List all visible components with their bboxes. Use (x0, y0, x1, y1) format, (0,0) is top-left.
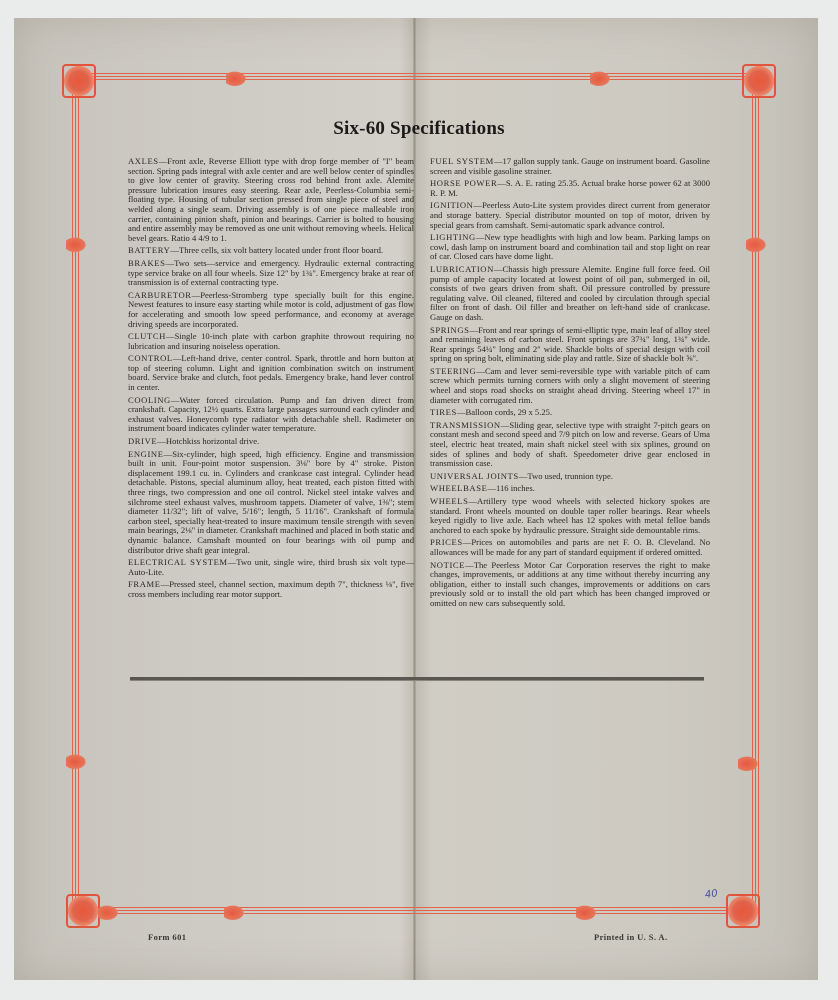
spec-entry-brakes: BRAKES—Two sets—service and emergency. H… (128, 259, 414, 288)
leaf-ornament-icon (224, 904, 246, 920)
corner-ornament-top-right-icon (742, 64, 776, 98)
leaf-ornament-icon (66, 753, 88, 769)
spec-entry-axles: AXLES—Front axle, Reverse Elliott type w… (128, 157, 414, 243)
page-title: Six-60 Specifications (0, 118, 838, 140)
spec-entry-wheels: WHEELS—Artillery type wood wheels with s… (430, 497, 710, 535)
printed-in-label: Printed in U. S. A. (594, 932, 667, 942)
spec-entry-prices: PRICES—Prices on automobiles and parts a… (430, 538, 710, 557)
horizontal-divider (130, 677, 704, 681)
spec-entry-steering: STEERING—Cam and lever semi-reversible t… (430, 367, 710, 405)
border-top (72, 73, 762, 82)
spec-entry-engine: ENGINE—Six-cylinder, high speed, high ef… (128, 450, 414, 556)
spec-column-left: AXLES—Front axle, Reverse Elliott type w… (128, 157, 414, 603)
corner-ornament-bottom-right-icon (726, 894, 760, 928)
spec-entry-ignition: IGNITION—Peerless Auto-Lite system provi… (430, 201, 710, 230)
spec-entry-lubrication: LUBRICATION—Chassis high pressure Alemit… (430, 265, 710, 323)
spec-entry-notice: NOTICE—The Peerless Motor Car Corporatio… (430, 561, 710, 609)
spec-entry-wheelbase: WHEELBASE—116 inches. (430, 484, 710, 494)
spec-entry-drive: DRIVE—Hotchkiss horizontal drive. (128, 437, 414, 447)
spec-entry-fuel-system: FUEL SYSTEM—17 gallon supply tank. Gauge… (430, 157, 710, 176)
leaf-ornament-icon (66, 236, 88, 252)
corner-ornament-top-left-icon (62, 64, 96, 98)
spec-entry-frame: FRAME—Pressed steel, channel section, ma… (128, 580, 414, 599)
leaf-ornament-icon (746, 236, 768, 252)
corner-ornament-bottom-left-icon (66, 894, 100, 928)
border-right (752, 73, 761, 916)
leaf-ornament-icon (576, 904, 598, 920)
leaf-ornament-icon (226, 70, 248, 86)
leaf-ornament-icon (738, 755, 760, 771)
spec-entry-control: CONTROL—Left-hand drive, center control.… (128, 354, 414, 392)
spec-entry-lighting: LIGHTING—New type headlights with high a… (430, 233, 710, 262)
spec-entry-carburetor: CARBURETOR—Peerless-Stromberg type speci… (128, 291, 414, 329)
handwritten-note: 40 (704, 888, 718, 901)
spec-entry-tires: TIRES—Balloon cords, 29 x 5.25. (430, 408, 710, 418)
spec-entry-clutch: CLUTCH—Single 10-inch plate with carbon … (128, 332, 414, 351)
spec-entry-universal-joints: UNIVERSAL JOINTS—Two used, trunnion type… (430, 472, 710, 482)
spec-entry-transmission: TRANSMISSION—Sliding gear, selective typ… (430, 421, 710, 469)
leaf-ornament-icon (590, 70, 612, 86)
spec-entry-electrical-system: ELECTRICAL SYSTEM—Two unit, single wire,… (128, 558, 414, 577)
border-bottom (72, 907, 744, 916)
spec-column-right: FUEL SYSTEM—17 gallon supply tank. Gauge… (430, 157, 710, 612)
leaf-ornament-icon (98, 904, 120, 920)
form-number: Form 601 (148, 932, 186, 942)
spec-entry-springs: SPRINGS—Front and rear springs of semi-e… (430, 326, 710, 364)
border-left (72, 73, 81, 916)
spec-entry-cooling: COOLING—Water forced circulation. Pump a… (128, 396, 414, 434)
spec-entry-horse-power: HORSE POWER—S. A. E. rating 25.35. Actua… (430, 179, 710, 198)
spec-entry-battery: BATTERY—Three cells, six volt battery lo… (128, 246, 414, 256)
